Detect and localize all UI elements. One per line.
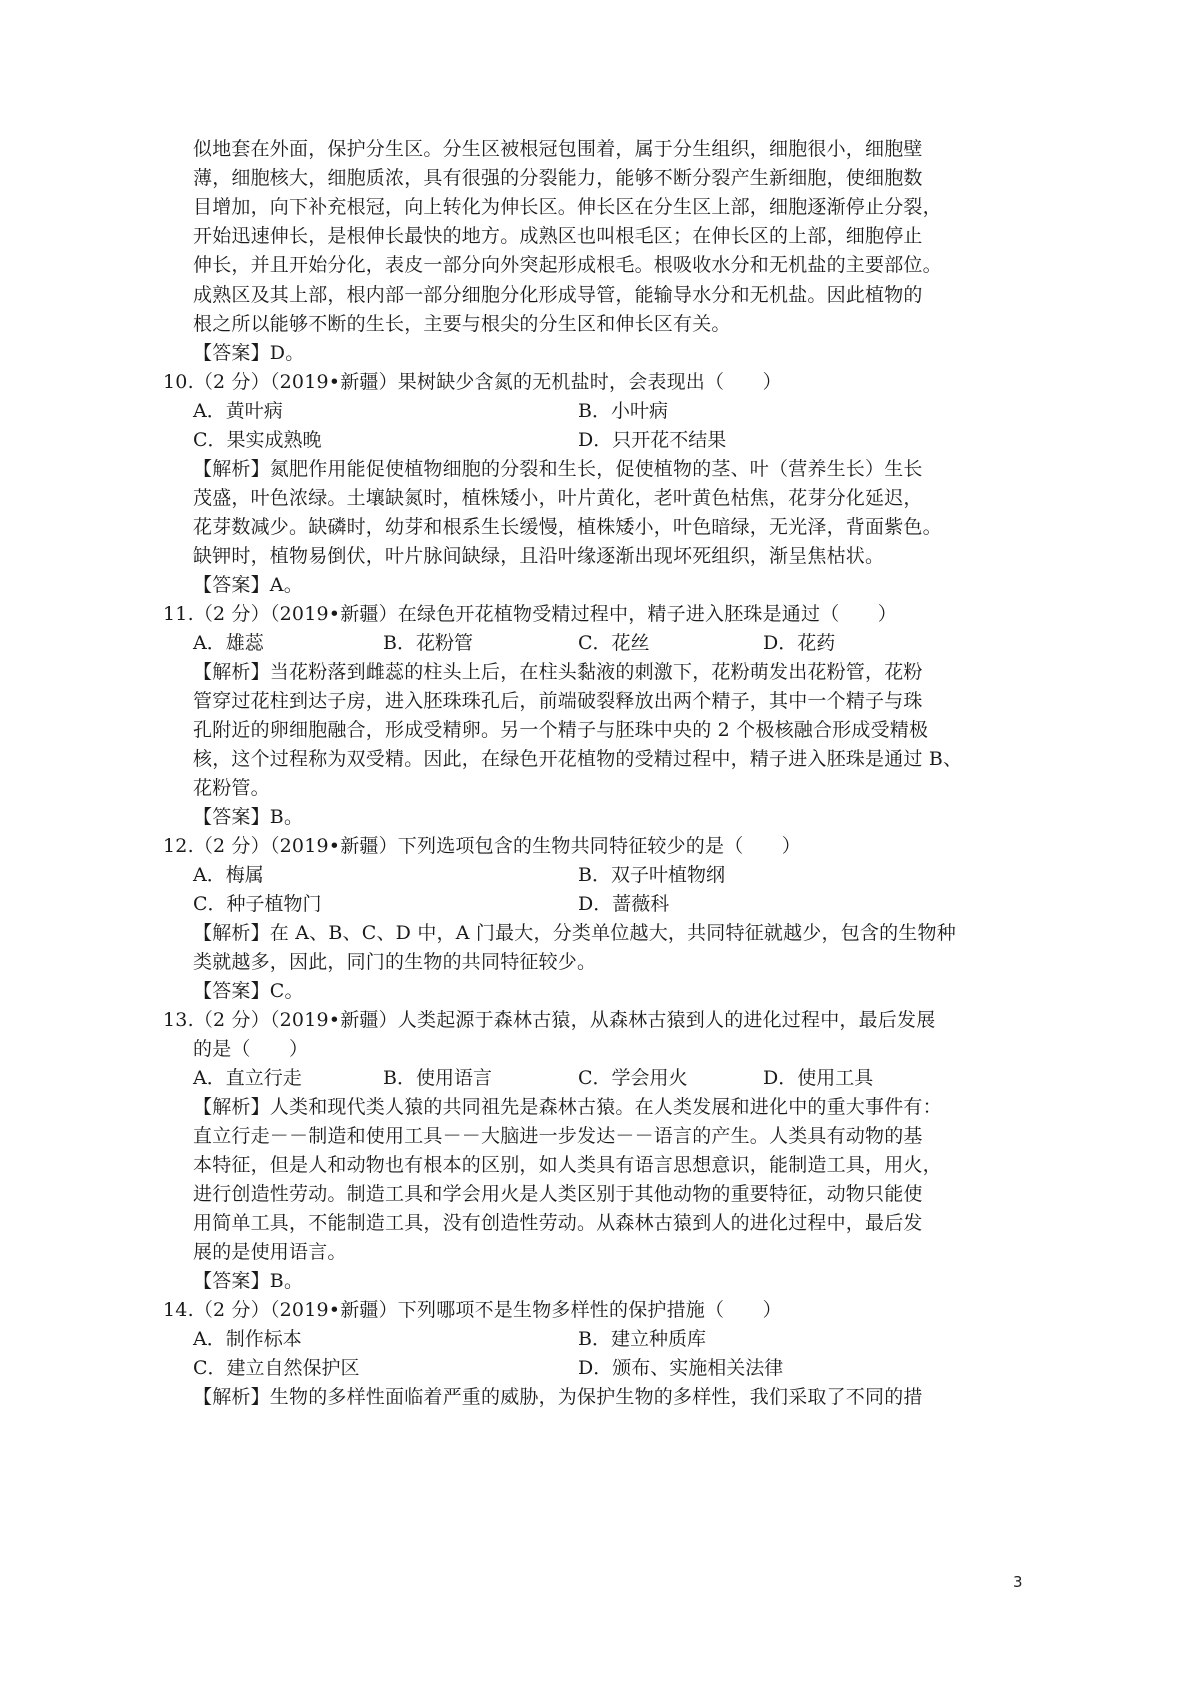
q13-option-c: C．学会用火 xyxy=(578,1064,688,1093)
q14-analysis-line: 【解析】生物的多样性面临着严重的威胁，为保护生物的多样性，我们采取了不同的措 xyxy=(193,1383,923,1412)
q11-analysis-line: 核，这个过程称为双受精。因此，在绿色开花植物的受精过程中，精子进入胚珠是通过 B… xyxy=(193,745,962,774)
q13-analysis-line: 本特征，但是人和动物也有根本的区别，如人类具有语言思想意识，能制造工具，用火， xyxy=(193,1151,942,1180)
q11-analysis-line: 孔附近的卵细胞融合，形成受精卵。另一个精子与胚珠中央的 2 个极核融合形成受精极 xyxy=(193,716,928,745)
q10-analysis-line: 茂盛，叶色浓绿。土壤缺氮时，植株矮小，叶片黄化，老叶黄色枯焦，花芽分化延迟， xyxy=(193,484,923,513)
analysis-line: 伸长，并且开始分化，表皮一部分向外突起形成根毛。根吸收水分和无机盐的主要部位。 xyxy=(193,251,942,280)
analysis-line: 开始迅速伸长，是根伸长最快的地方。成熟区也叫根毛区；在伸长区的上部，细胞停止 xyxy=(193,222,923,251)
q13-analysis-line: 进行创造性劳动。制造工具和学会用火是人类区别于其他动物的重要特征，动物只能使 xyxy=(193,1180,923,1209)
q14-option-d: D．颁布、实施相关法律 xyxy=(578,1354,783,1383)
q11-analysis-line: 管穿过花柱到达子房，进入胚珠珠孔后，前端破裂释放出两个精子，其中一个精子与珠 xyxy=(193,687,923,716)
answer-line: 【答案】D。 xyxy=(193,339,304,368)
q10-option-c: C．果实成熟晚 xyxy=(193,426,322,455)
question-13-stem-cont: 的是（ ） xyxy=(193,1035,308,1064)
q10-analysis-line: 缺钾时，植物易倒伏，叶片脉间缺绿，且沿叶缘逐渐出现坏死组织，渐呈焦枯状。 xyxy=(193,542,884,571)
analysis-line: 目增加，向下补充根冠，向上转化为伸长区。伸长区在分生区上部，细胞逐渐停止分裂， xyxy=(193,193,942,222)
q12-option-b: B．双子叶植物纲 xyxy=(578,861,725,890)
question-11-stem: 11.（2 分）（2019•新疆）在绿色开花植物受精过程中，精子进入胚珠是通过（… xyxy=(163,600,897,629)
q10-analysis-line: 【解析】氮肥作用能促使植物细胞的分裂和生长，促使植物的茎、叶（营养生长）生长 xyxy=(193,455,923,484)
q12-analysis-line: 类就越多，因此，同门的生物的共同特征较少。 xyxy=(193,948,596,977)
q10-option-b: B．小叶病 xyxy=(578,397,668,426)
q12-option-d: D．蔷薇科 xyxy=(578,890,669,919)
analysis-line: 成熟区及其上部，根内部一部分细胞分化形成导管，能输导水分和无机盐。因此植物的 xyxy=(193,281,923,310)
q12-answer: 【答案】C。 xyxy=(193,977,304,1006)
q11-option-a: A．雄蕊 xyxy=(193,629,264,658)
question-12-stem: 12.（2 分）（2019•新疆）下列选项包含的生物共同特征较少的是（ ） xyxy=(163,832,801,861)
q13-analysis-line: 【解析】人类和现代类人猿的共同祖先是森林古猿。在人类发展和进化中的重大事件有： xyxy=(193,1093,942,1122)
q10-option-a: A．黄叶病 xyxy=(193,397,283,426)
q11-option-d: D．花药 xyxy=(763,629,835,658)
q12-analysis-line: 【解析】在 A、B、C、D 中，A 门最大，分类单位越大，共同特征就越少，包含的… xyxy=(193,919,956,948)
q10-option-d: D．只开花不结果 xyxy=(578,426,726,455)
q11-option-b: B．花粉管 xyxy=(383,629,473,658)
q14-option-b: B．建立种质库 xyxy=(578,1325,706,1354)
q11-analysis-line: 花粉管。 xyxy=(193,774,270,803)
q13-analysis-line: 直立行走－－制造和使用工具－－大脑进一步发达－－语言的产生。人类具有动物的基 xyxy=(193,1122,923,1151)
q13-answer: 【答案】B。 xyxy=(193,1267,303,1296)
analysis-line: 似地套在外面，保护分生区。分生区被根冠包围着，属于分生组织，细胞很小，细胞壁 xyxy=(193,135,923,164)
analysis-line: 薄，细胞核大，细胞质浓，具有很强的分裂能力，能够不断分裂产生新细胞，使细胞数 xyxy=(193,164,923,193)
q12-option-a: A．梅属 xyxy=(193,861,264,890)
analysis-line: 根之所以能够不断的生长，主要与根尖的分生区和伸长区有关。 xyxy=(193,310,731,339)
q12-option-c: C．种子植物门 xyxy=(193,890,322,919)
question-13-stem: 13.（2 分）（2019•新疆）人类起源于森林古猿，从森林古猿到人的进化过程中… xyxy=(163,1006,935,1035)
q14-option-a: A．制作标本 xyxy=(193,1325,302,1354)
q11-option-c: C．花丝 xyxy=(578,629,650,658)
question-10-stem: 10.（2 分）（2019•新疆）果树缺少含氮的无机盐时，会表现出（ ） xyxy=(163,368,782,397)
q13-option-d: D．使用工具 xyxy=(763,1064,873,1093)
question-14-stem: 14.（2 分）（2019•新疆）下列哪项不是生物多样性的保护措施（ ） xyxy=(163,1296,782,1325)
q11-answer: 【答案】B。 xyxy=(193,803,303,832)
q10-analysis-line: 花芽数减少。缺磷时，幼芽和根系生长缓慢，植株矮小，叶色暗绿，无光泽，背面紫色。 xyxy=(193,513,942,542)
document-page: 似地套在外面，保护分生区。分生区被根冠包围着，属于分生组织，细胞很小，细胞壁 薄… xyxy=(0,0,1200,1698)
q10-answer: 【答案】A。 xyxy=(193,571,303,600)
q13-option-b: B．使用语言 xyxy=(383,1064,492,1093)
page-number: 3 xyxy=(1013,1573,1023,1591)
q13-analysis-line: 用简单工具，不能制造工具，没有创造性劳动。从森林古猿到人的进化过程中，最后发 xyxy=(193,1209,923,1238)
q13-analysis-line: 展的是使用语言。 xyxy=(193,1238,347,1267)
q11-analysis-line: 【解析】当花粉落到雌蕊的柱头上后，在柱头黏液的刺激下，花粉萌发出花粉管，花粉 xyxy=(193,658,923,687)
q14-option-c: C．建立自然保护区 xyxy=(193,1354,360,1383)
q13-option-a: A．直立行走 xyxy=(193,1064,302,1093)
